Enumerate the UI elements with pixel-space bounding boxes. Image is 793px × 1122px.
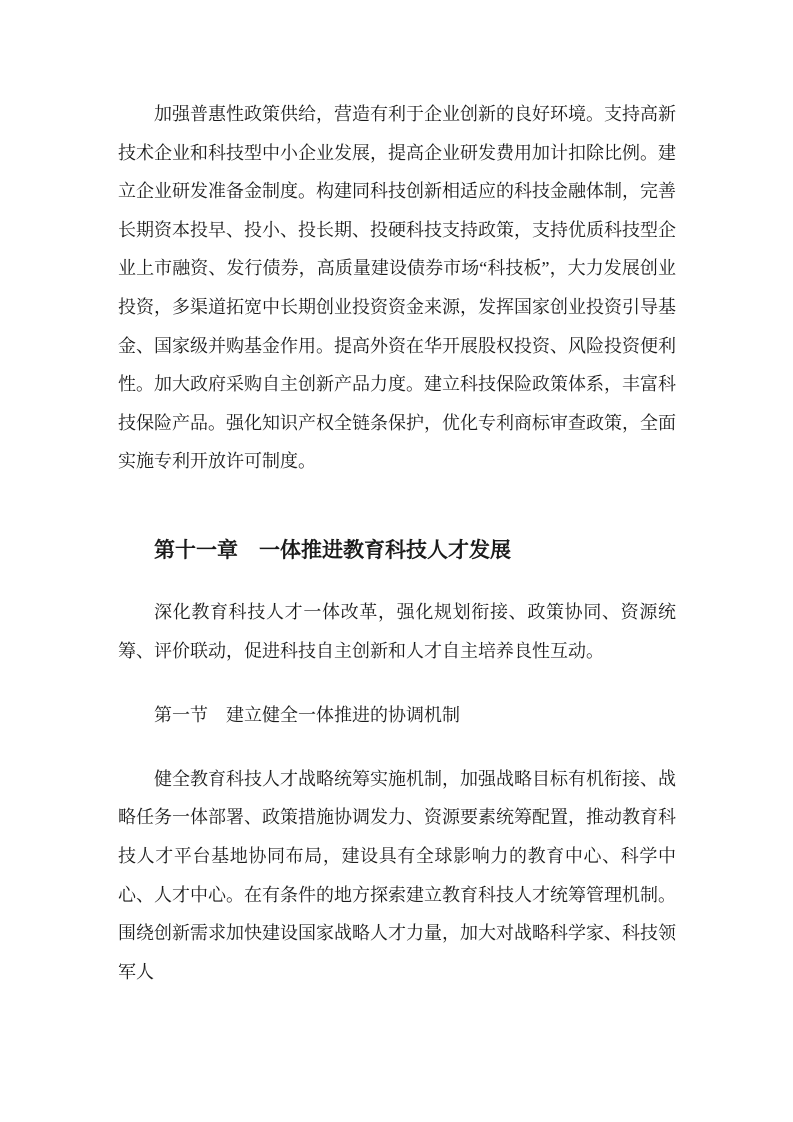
paragraph-section-body: 健全教育科技人才战略统筹实施机制，加强战略目标有机衔接、战略任务一体部署、政策措…	[118, 760, 676, 992]
paragraph-policy-supply: 加强普惠性政策供给，营造有利于企业创新的良好环境。支持高新技术企业和科技型中小企…	[118, 95, 676, 481]
paragraph-chapter-intro: 深化教育科技人才一体改革，强化规划衔接、政策协同、资源统筹、评价联动，促进科技自…	[118, 593, 676, 670]
chapter-heading: 第十一章 一体推进教育科技人才发展	[118, 531, 676, 571]
document-page: 加强普惠性政策供给，营造有利于企业创新的良好环境。支持高新技术企业和科技型中小企…	[0, 0, 793, 1122]
section-heading: 第一节 建立健全一体推进的协调机制	[118, 696, 676, 735]
